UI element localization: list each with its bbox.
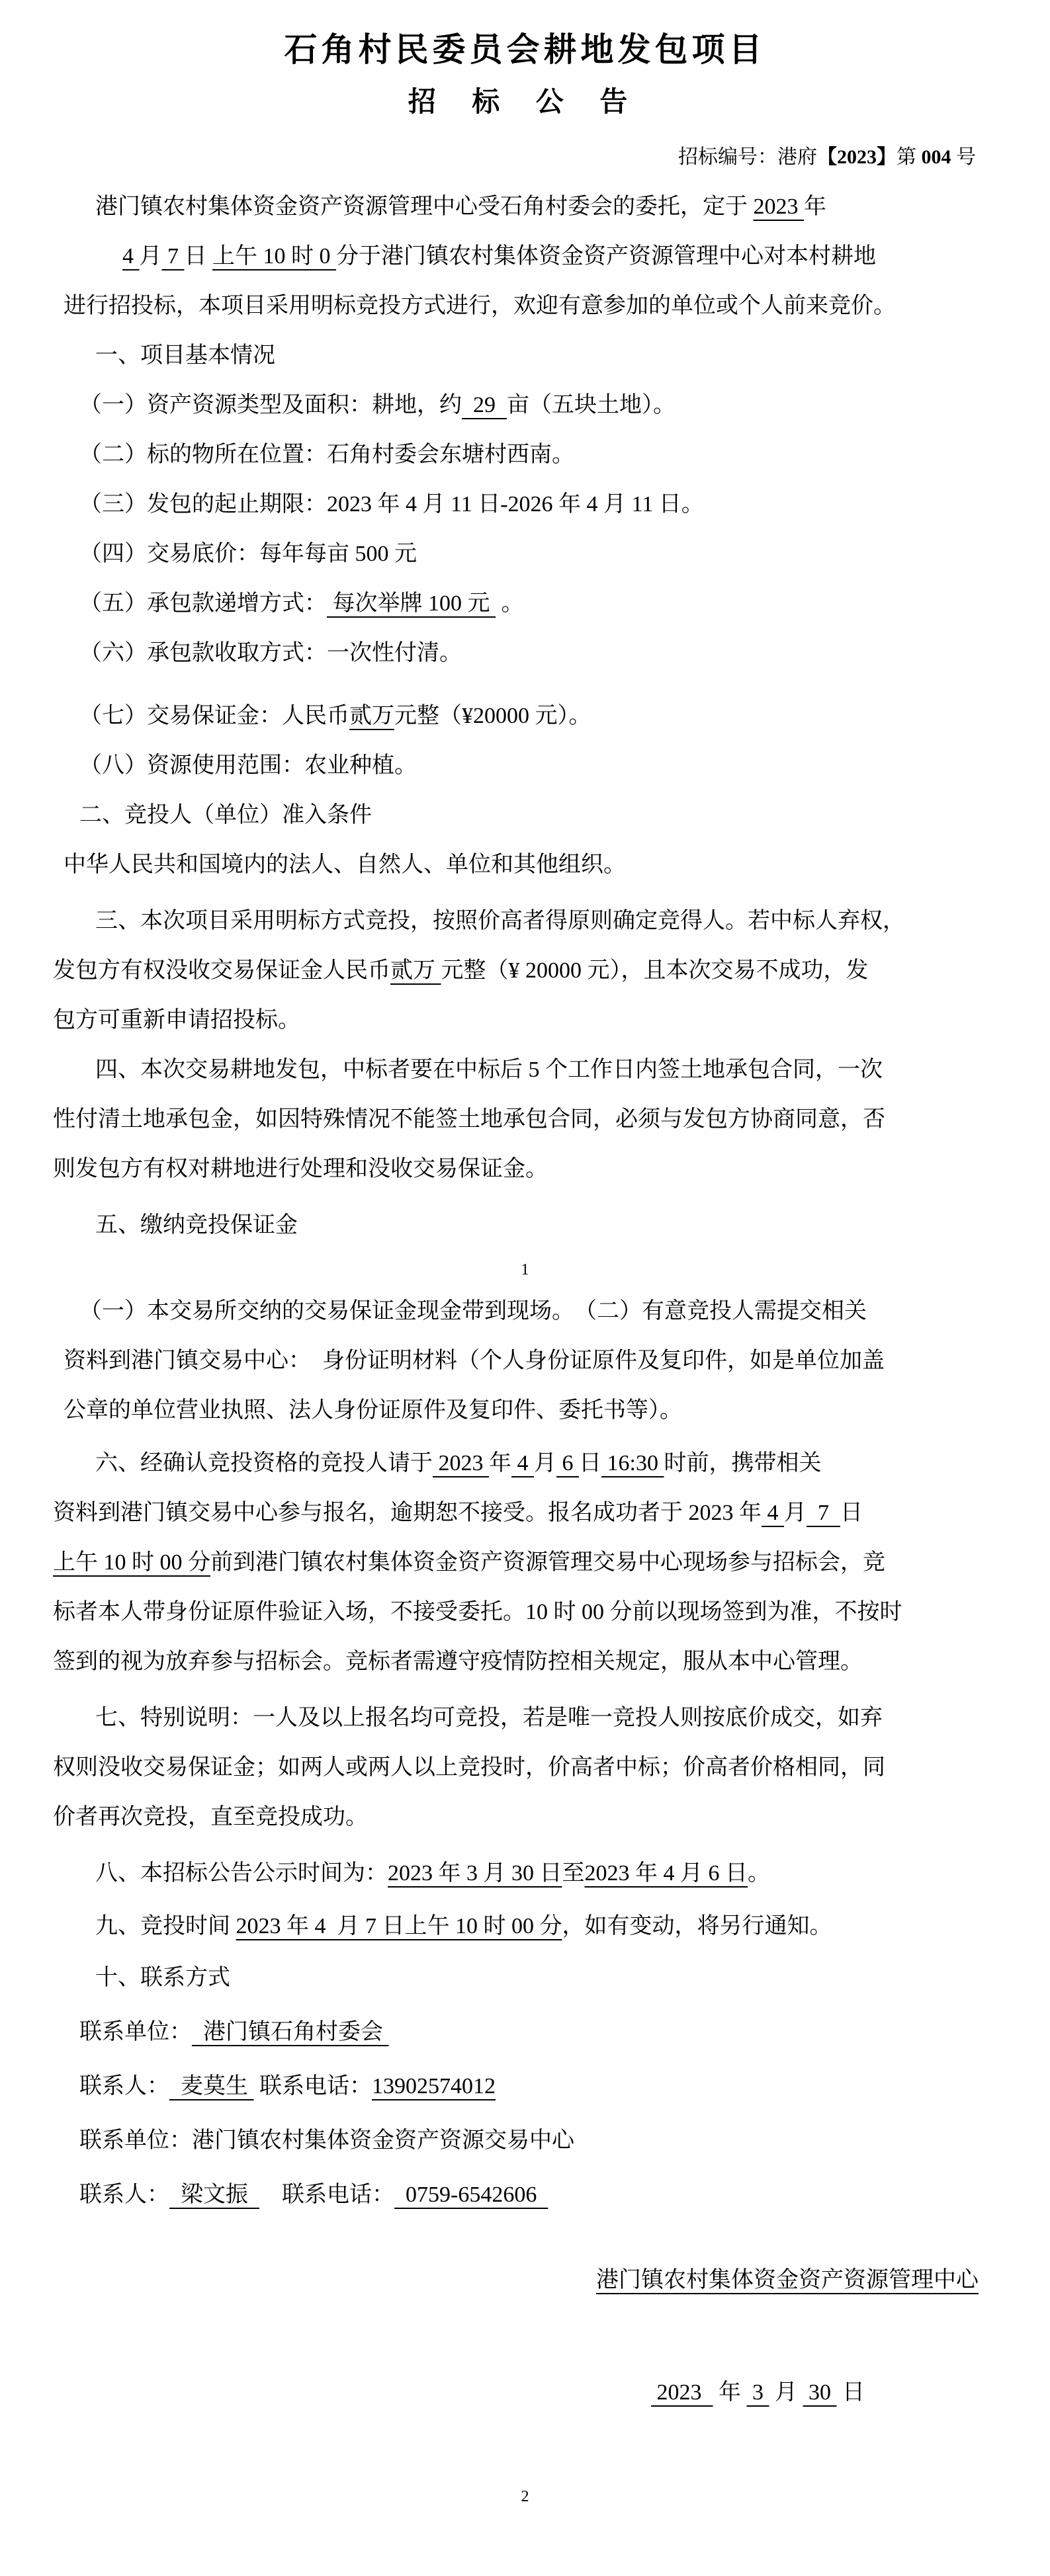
text-run: 第	[897, 146, 922, 168]
text-run: 元整（¥ 20000 元），且本次交易不成功，发	[441, 958, 869, 983]
text-run: 六、经确认竞投资格的竞投人请于	[95, 1451, 433, 1475]
text-run: （七）交易保证金：人民币	[79, 704, 349, 728]
text-run: 港门镇石角村委会	[192, 2020, 389, 2044]
text-run: 八、本招标公告公示时间为：	[95, 1861, 388, 1886]
section-4-line-2: 性付清土地承包金，如因特殊情况不能签土地承包合同，必须与发包方协商同意，否	[53, 1095, 997, 1144]
section-5-heading: 五、缴纳竞投保证金	[95, 1200, 997, 1250]
section-5-line-1: （一）本交易所交纳的交易保证金现金带到现场。 （二）有意竞投人需提交相关	[79, 1286, 997, 1336]
text-run: 贰万	[349, 704, 394, 728]
text-run: 资料到港门镇交易中心参与报名，逾期恕不接受。报名成功者于 2023 年	[53, 1501, 762, 1525]
text-run: 至	[562, 1861, 585, 1886]
text-run: 一、项目基本情况	[95, 343, 275, 368]
section-5-line-3: 公章的单位营业执照、法人身份证原件及复印件、委托书等）。	[64, 1386, 997, 1435]
text-run: 麦莫生	[169, 2074, 254, 2098]
text-run: 港门镇农村集体资金资产资源管理中心受石角村委会的委托，定于	[95, 194, 754, 219]
contact-person-2: 联系人： 梁文振 联系电话： 0759-6542606	[79, 2168, 997, 2222]
text-run: 二、竞投人（单位）准入条件	[79, 803, 372, 827]
text-run: 年	[804, 194, 826, 219]
text-run: 前到港门镇农村集体资金资产资源管理交易中心现场参与招标会，竞	[210, 1550, 885, 1575]
item-1-8: （八）资源使用范围：农业种植。	[79, 741, 997, 790]
text-run: 进行招投标，本项目采用明标竞投方式进行，欢迎有意参加的单位或个人前来竞价。	[64, 294, 896, 318]
section-6-line-3: 上午 10 时 00 分前到港门镇农村集体资金资产资源管理交易中心现场参与招标会…	[53, 1538, 997, 1587]
contact-person-1: 联系人： 麦莫生 联系电话：13902574012	[79, 2059, 997, 2114]
text-run: 每次举牌 100 元	[327, 591, 496, 616]
text-run: 2023 年 4 月 7 日上午 10 时 00 分	[236, 1914, 562, 1938]
text-run: 上午 10 时 00 分	[53, 1550, 210, 1575]
text-run: 性付清土地承包金，如因特殊情况不能签土地承包合同，必须与发包方协商同意，否	[53, 1107, 885, 1132]
section-3-line-1: 三、本次项目采用明标方式竞投，按照价高者得原则确定竞得人。若中标人弃权，	[95, 896, 997, 946]
text-run: 16:30	[601, 1451, 664, 1475]
item-1-5: （五）承包款递增方式： 每次举牌 100 元 。	[79, 579, 997, 628]
text-run: 4	[511, 1451, 534, 1475]
tender-reference: 招标编号：港府【2023】第 004 号	[53, 132, 997, 182]
text-run: （六）承包款收取方式：一次性付清。	[79, 641, 462, 665]
text-run: 公章的单位营业执照、法人身份证原件及复印件、委托书等）。	[64, 1398, 682, 1423]
text-run: 权则没收交易保证金；如两人或两人以上竞投时，价高者中标；价高者价格相同，同	[53, 1755, 885, 1780]
section-6-line-5: 签到的视为放弃参与招标会。竞标者需遵守疫情防控相关规定，服从本中心管理。	[53, 1637, 997, 1686]
text-run: 资料到港门镇交易中心： 身份证明材料（个人身份证原件及复印件，如是单位加盖	[64, 1349, 885, 1373]
page-number-1: 1	[53, 1253, 997, 1286]
text-run: 联系单位：	[79, 2020, 192, 2044]
text-run: ，如有变动，将另行通知。	[562, 1914, 832, 1938]
item-1-4: （四）交易底价：每年每亩 500 元	[79, 529, 997, 579]
text-run: 亩（五块土地）。	[507, 393, 676, 417]
text-run: 日	[840, 1501, 863, 1525]
section-2-heading: 二、竞投人（单位）准入条件	[79, 790, 997, 840]
text-run: 招 标 公 告	[408, 87, 642, 118]
text-run: （四）交易底价：每年每亩 500 元	[79, 542, 417, 566]
signature-date: 2023 年 3 月 30 日	[53, 2368, 997, 2417]
text-run: 004	[922, 146, 951, 168]
text-run: 4	[122, 244, 140, 269]
text-run: 联系电话：	[254, 2074, 372, 2098]
text-run: 月	[784, 1501, 807, 1525]
section-3-line-3: 包方可重新申请招投标。	[53, 995, 997, 1045]
text-run: 港门镇农村集体资金资产资源管理中心	[596, 2268, 979, 2292]
text-run: 13902574012	[372, 2074, 496, 2098]
section-5-line-2: 资料到港门镇交易中心： 身份证明材料（个人身份证原件及复印件，如是单位加盖	[64, 1336, 997, 1386]
text-run: 0759-6542606	[394, 2182, 548, 2207]
text-run: 贰万	[390, 958, 441, 983]
item-1-7: （七）交易保证金：人民币贰万元整（¥20000 元）。	[79, 691, 997, 741]
text-run: （八）资源使用范围：农业种植。	[79, 753, 417, 778]
doc-title: 石角村民委员会耕地发包项目	[53, 0, 997, 73]
text-run: 三、本次项目采用明标方式竞投，按照价高者得原则确定竞得人。若中标人弃权，	[95, 909, 905, 933]
text-run: 29	[462, 393, 507, 417]
intro-line-1: 港门镇农村集体资金资产资源管理中心受石角村委会的委托，定于 2023 年	[95, 182, 997, 231]
section-7-line-3: 价者再次竞投，直至竞投成功。	[53, 1792, 997, 1842]
text-run: 时前，携带相关	[664, 1451, 821, 1475]
text-run: 七、特别说明：一人及以上报名均可竞投，若是唯一竞投人则按底价成交，如弃	[95, 1706, 883, 1730]
doc-subtitle: 招 标 公 告	[53, 73, 997, 132]
text-run: 日	[837, 2380, 865, 2405]
text-run: 2023	[754, 194, 805, 219]
section-8-line: 八、本招标公告公示时间为：2023 年 3 月 30 日至2023 年 4 月 …	[95, 1849, 997, 1898]
text-run: 2023 年 4 月 6 日	[585, 1861, 748, 1886]
section-7-line-2: 权则没收交易保证金；如两人或两人以上竞投时，价高者中标；价高者价格相同，同	[53, 1743, 997, 1792]
text-run: 7	[162, 244, 185, 269]
item-1-2: （二）标的物所在位置：石角村委会东塘村西南。	[79, 430, 997, 479]
item-1-6: （六）承包款收取方式：一次性付清。	[79, 628, 997, 678]
text-run: 标者本人带身份证原件验证入场，不接受委托。10 时 00 分前以现场签到为准，不…	[53, 1600, 902, 1624]
text-run: 签到的视为放弃参与招标会。竞标者需遵守疫情防控相关规定，服从本中心管理。	[53, 1649, 863, 1674]
section-6-line-1: 六、经确认竞投资格的竞投人请于 2023 年 4 月 6 日 16:30 时前，…	[95, 1438, 997, 1488]
intro-line-3: 进行招投标，本项目采用明标竞投方式进行，欢迎有意参加的单位或个人前来竞价。	[64, 281, 997, 331]
text-run: 联系人：	[79, 2182, 169, 2207]
text-run: 月	[140, 244, 162, 269]
section-1-heading: 一、项目基本情况	[95, 331, 997, 380]
text-run: 梁文振	[169, 2182, 259, 2207]
text-run: 发包方有权没收交易保证金人民币	[53, 958, 390, 983]
text-run: 年	[489, 1451, 511, 1475]
text-run: 2023 年 3 月 30 日	[388, 1861, 562, 1886]
text-run: 九、竞投时间	[95, 1914, 236, 1938]
text-run: 。	[748, 1861, 770, 1886]
text-run: 联系电话：	[259, 2182, 394, 2207]
text-run: 十、联系方式	[95, 1966, 230, 1990]
text-run: 元整（¥20000 元）。	[394, 704, 591, 728]
section-7-line-1: 七、特别说明：一人及以上报名均可竞投，若是唯一竞投人则按底价成交，如弃	[95, 1693, 997, 1743]
section-3-line-2: 发包方有权没收交易保证金人民币贰万 元整（¥ 20000 元），且本次交易不成功…	[53, 946, 997, 995]
text-run: 价者再次竞投，直至竞投成功。	[53, 1805, 368, 1829]
text-run: 月	[769, 2380, 803, 2405]
text-run: 上午 10 时 0	[212, 244, 336, 269]
intro-line-2: 4 月 7 日 上午 10 时 0 分于港门镇农村集体资金资产资源管理中心对本村…	[122, 231, 997, 281]
text-run: 分于港门镇农村集体资金资产资源管理中心对本村耕地	[336, 244, 876, 269]
text-run: 2	[521, 2488, 529, 2505]
text-run: 中华人民共和国境内的法人、自然人、单位和其他组织。	[64, 852, 626, 877]
item-1-3: （三）发包的起止期限：2023 年 4 月 11 日-2026 年 4 月 11…	[79, 479, 997, 529]
text-run: 30	[803, 2380, 837, 2405]
section-6-line-2: 资料到港门镇交易中心参与报名，逾期恕不接受。报名成功者于 2023 年 4 月 …	[53, 1488, 997, 1538]
section-9-line: 九、竞投时间 2023 年 4 月 7 日上午 10 时 00 分，如有变动，将…	[95, 1901, 997, 1951]
text-run: 2023	[433, 1451, 489, 1475]
contact-org-1: 联系单位： 港门镇石角村委会	[79, 2005, 997, 2059]
text-run: 。	[496, 591, 524, 616]
text-run: 3	[747, 2380, 769, 2405]
text-run: 联系单位：港门镇农村集体资金资产资源交易中心	[79, 2128, 574, 2153]
text-run: 2023	[651, 2380, 713, 2405]
text-run: 1	[521, 1261, 529, 1278]
section-2-body: 中华人民共和国境内的法人、自然人、单位和其他组织。	[64, 840, 997, 890]
text-run: 月	[534, 1451, 556, 1475]
text-run: 五、缴纳竞投保证金	[95, 1213, 298, 1237]
text-run: 4	[762, 1501, 784, 1525]
text-run: 四、本次交易耕地发包，中标者要在中标后 5 个工作日内签土地承包合同，一次	[95, 1058, 883, 1082]
text-run: 年	[713, 2380, 747, 2405]
contact-org-2: 联系单位：港门镇农村集体资金资产资源交易中心	[79, 2114, 997, 2168]
text-run: （一）本交易所交纳的交易保证金现金带到现场。 （二）有意竞投人需提交相关	[79, 1299, 867, 1323]
text-run: 石角村民委员会耕地发包项目	[284, 31, 766, 68]
item-1-1: （一）资产资源类型及面积：耕地，约 29 亩（五块土地）。	[79, 380, 997, 430]
page-number-2: 2	[53, 2480, 997, 2513]
text-run: （一）资产资源类型及面积：耕地，约	[79, 393, 462, 417]
text-run: 招标编号：港府	[678, 146, 817, 168]
document-page: 石角村民委员会耕地发包项目招 标 公 告招标编号：港府【2023】第 004 号…	[0, 0, 1050, 2576]
section-10-heading: 十、联系方式	[95, 1951, 997, 2005]
text-run: （三）发包的起止期限：2023 年 4 月 11 日-2026 年 4 月 11…	[79, 492, 704, 517]
text-run: 6	[556, 1451, 579, 1475]
text-run: 【2023】	[817, 146, 897, 168]
text-run: 日	[579, 1451, 601, 1475]
section-4-line-3: 则发包方有权对耕地进行处理和没收交易保证金。	[53, 1144, 997, 1194]
section-6-line-4: 标者本人带身份证原件验证入场，不接受委托。10 时 00 分前以现场签到为准，不…	[53, 1587, 997, 1637]
text-run: （二）标的物所在位置：石角村委会东塘村西南。	[79, 442, 574, 467]
text-run: （五）承包款递增方式：	[79, 591, 327, 616]
section-4-line-1: 四、本次交易耕地发包，中标者要在中标后 5 个工作日内签土地承包合同，一次	[95, 1045, 997, 1095]
text-run: 7	[807, 1501, 840, 1525]
signature-org: 港门镇农村集体资金资产资源管理中心	[53, 2255, 997, 2305]
text-run: 则发包方有权对耕地进行处理和没收交易保证金。	[53, 1157, 548, 1181]
text-run: 号	[951, 146, 977, 168]
text-run: 联系人：	[79, 2074, 169, 2098]
text-run: 日	[185, 244, 213, 269]
text-run: 包方可重新申请招投标。	[53, 1008, 300, 1032]
